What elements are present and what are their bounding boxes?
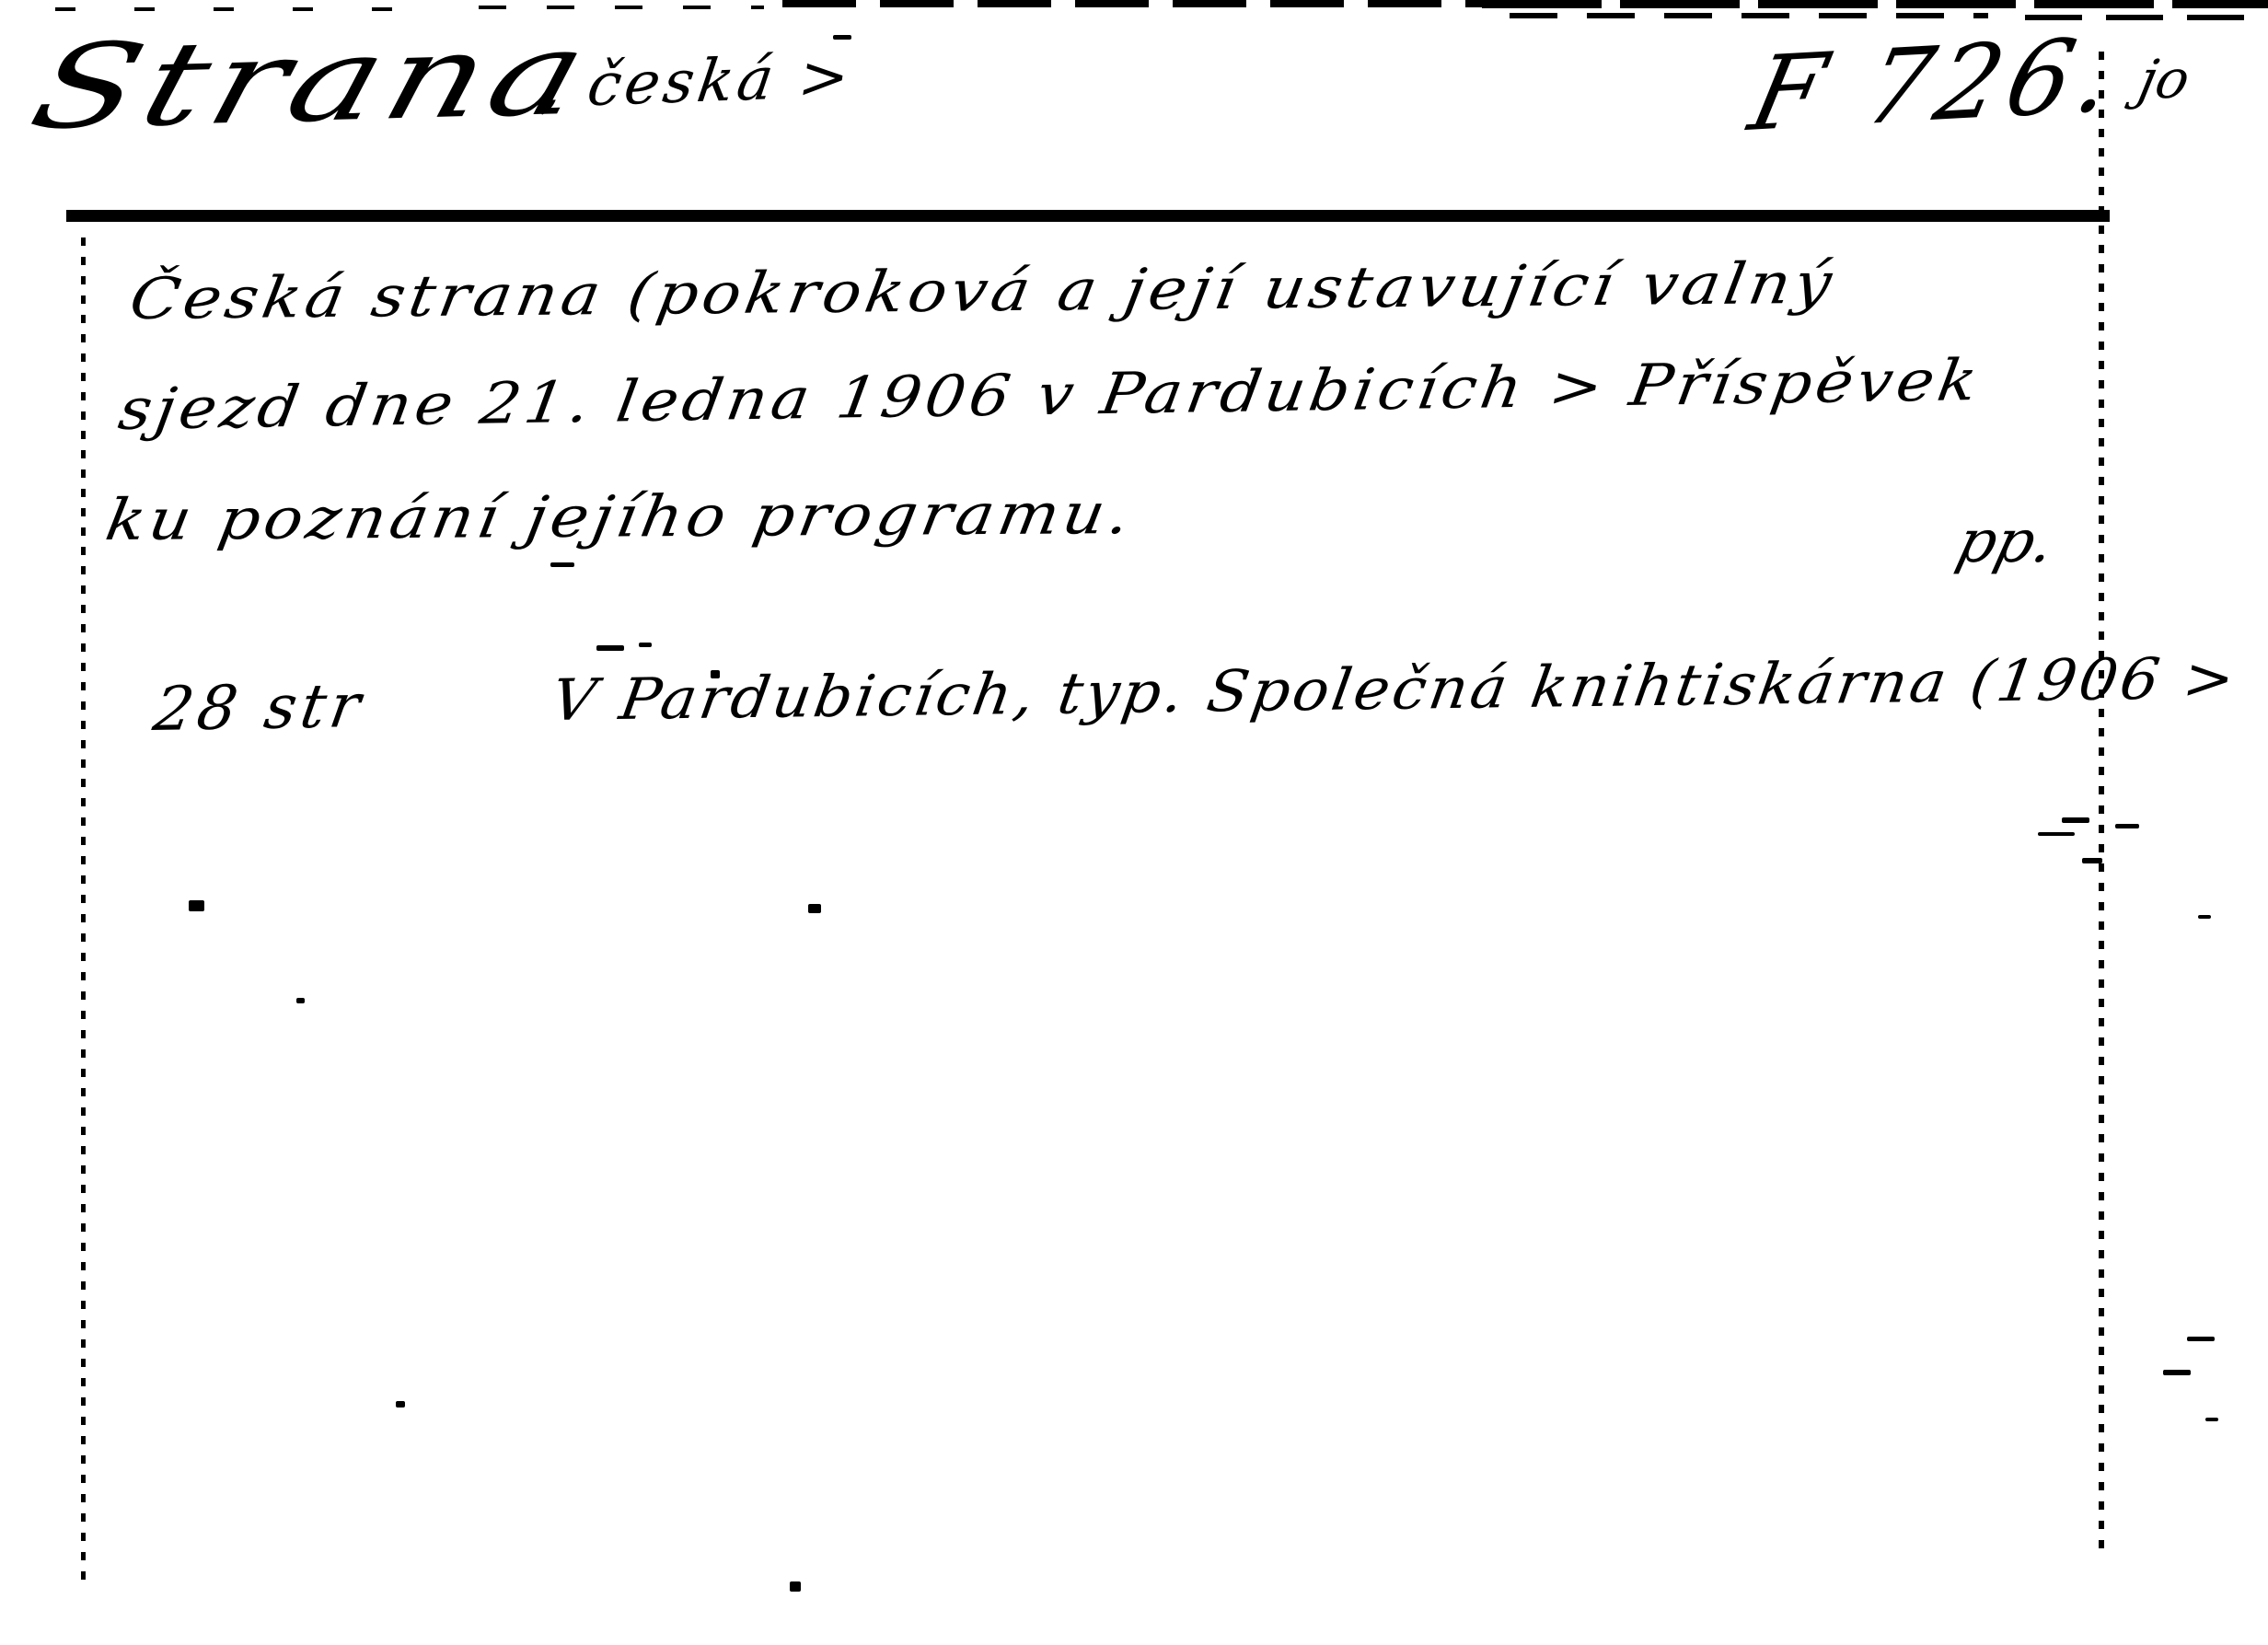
shelfmark: F 726.	[1741, 16, 2131, 155]
heading-title: Strana	[18, 6, 607, 156]
scan-speck	[189, 900, 204, 911]
scan-speck	[833, 35, 851, 40]
scan-speck	[2163, 1370, 2191, 1375]
scan-speck	[2198, 915, 2211, 919]
scan-noise-top-3	[1510, 13, 1988, 18]
scan-speck	[2187, 1337, 2215, 1341]
scan-speck	[596, 645, 624, 651]
header-rule	[66, 210, 2110, 222]
left-dotted-border	[81, 237, 86, 1581]
scan-speck	[2038, 832, 2075, 836]
body-line-3: ku poznání jejího programu.	[101, 480, 1139, 553]
scan-speck	[2082, 858, 2102, 863]
scan-noise-top-1	[782, 0, 1482, 7]
scan-speck	[2062, 817, 2089, 823]
scan-speck	[2205, 1418, 2218, 1421]
scan-speck	[639, 643, 652, 647]
pagination-note: pp.	[1950, 508, 2062, 576]
scan-speck	[2115, 824, 2139, 828]
body-line-2: sjezd dne 21. ledna 1906 v Pardubicích >…	[114, 346, 1985, 443]
scan-speck	[808, 904, 821, 913]
scan-speck	[790, 1581, 801, 1592]
extent-note: 28 str	[149, 670, 370, 745]
imprint-note: V Pardubicích, typ. Společná knihtiskárn…	[547, 644, 2241, 734]
cataloger-initials: jo	[2134, 48, 2195, 110]
scan-speck	[396, 1401, 405, 1408]
catalog-card-scan: Strana , česká > F 726. jo Česká strana …	[0, 0, 2268, 1645]
scan-noise-top-2	[1482, 0, 2268, 8]
right-dotted-border	[2099, 52, 2104, 1558]
scan-speck	[711, 670, 720, 678]
heading-qualifier: , česká >	[538, 42, 857, 122]
body-line-1: Česká strana (pokroková a její ustavujíc…	[125, 249, 1841, 332]
scan-speck	[550, 562, 574, 567]
scan-speck	[296, 998, 305, 1003]
